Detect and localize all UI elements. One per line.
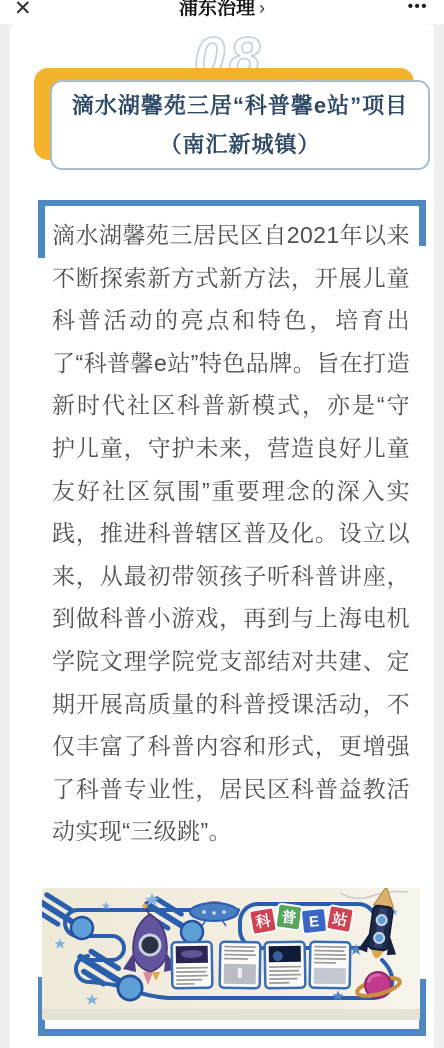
article-photo[interactable]: 科 普 E 站	[42, 888, 420, 1020]
science-wall-illustration: 科 普 E 站	[42, 888, 420, 1020]
chevron-right-icon: ›	[259, 0, 265, 18]
wall-baseboard	[42, 1009, 420, 1020]
sign-char: 站	[331, 909, 349, 929]
nav-title-text: 浦东治理	[179, 0, 255, 19]
project-title-box: 滴水湖馨苑三居“科普馨e站”项目 （南汇新城镇）	[50, 80, 430, 170]
project-title-line1: 滴水湖馨苑三居“科普馨e站”项目	[52, 86, 428, 125]
project-title-line2: （南汇新城镇）	[52, 125, 428, 164]
sign-char: 普	[280, 908, 297, 928]
frame-bottom-bar	[38, 1029, 426, 1036]
frame-top-right-stub	[419, 200, 426, 246]
wechat-article-page: ✕ 浦东治理› ••• 08 滴水湖馨苑三居“科普馨e站”项目 （南汇新城镇） …	[0, 0, 444, 1048]
frame-top-left-stub	[38, 200, 45, 258]
sign-char: E	[308, 913, 320, 931]
nav-title[interactable]: 浦东治理›	[0, 0, 444, 24]
navbar: ✕ 浦东治理› •••	[0, 0, 444, 24]
article-paragraph: 滴水湖馨苑三居民区自2021年以来不断探索新方式新方法，开展儿童科普活动的亮点和…	[52, 214, 410, 853]
frame-bottom-right-stub	[419, 979, 426, 1036]
frame-top-bar	[38, 200, 426, 206]
more-menu-icon[interactable]: •••	[408, 0, 428, 22]
